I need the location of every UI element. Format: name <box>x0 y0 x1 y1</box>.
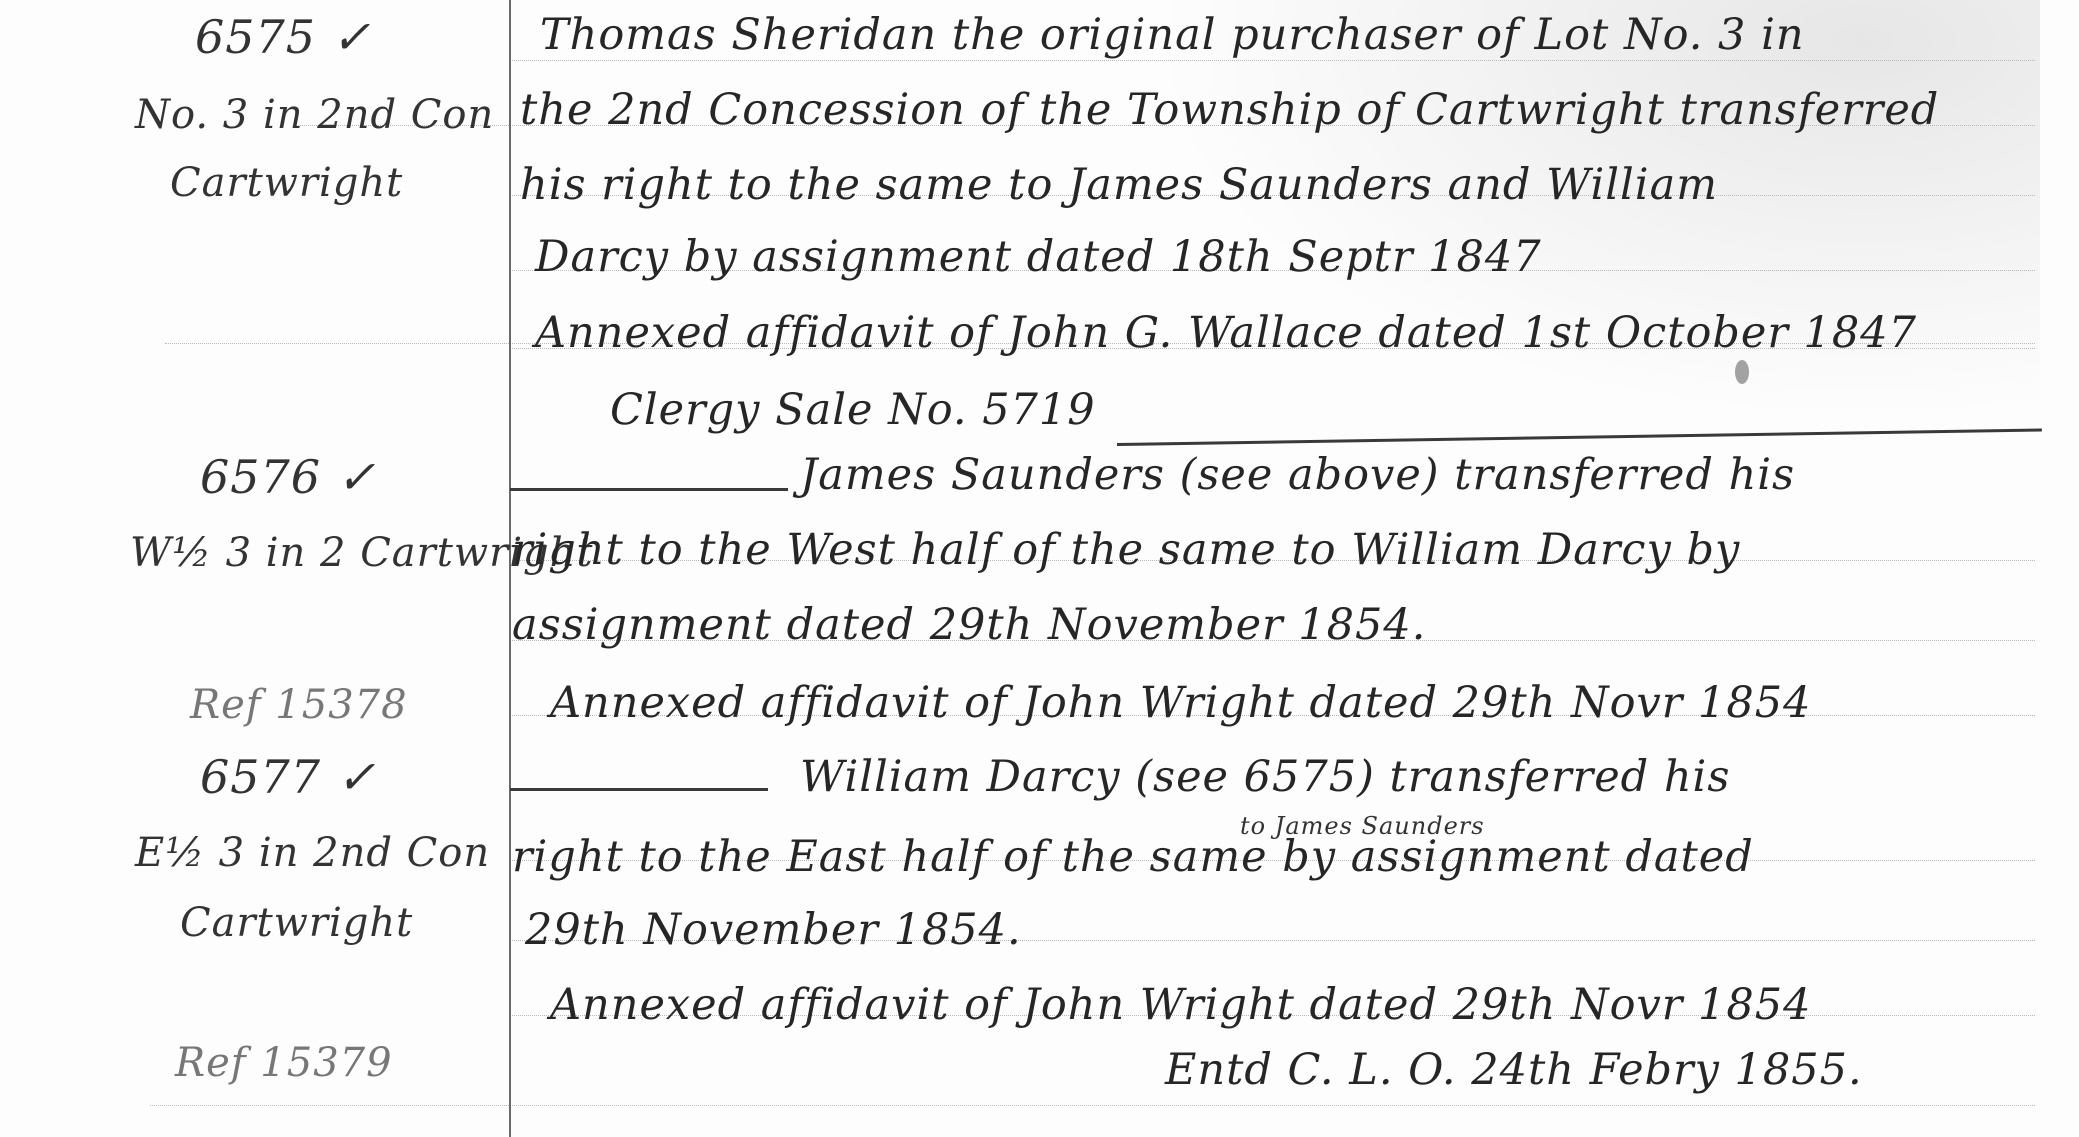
entry-line: the 2nd Concession of the Township of Ca… <box>520 85 1939 135</box>
entry-registration-line: Entd C. L. O. 24th Febry 1855. <box>1165 1045 1863 1095</box>
entry-number: 6575 ✓ <box>195 10 371 64</box>
ruled-line <box>510 60 2035 61</box>
entry-line: Annexed affidavit of John Wright dated 2… <box>550 980 1811 1030</box>
check-mark: ✓ <box>337 750 377 804</box>
entry-line: his right to the same to James Saunders … <box>520 160 1718 210</box>
entry-township: Cartwright <box>180 900 413 946</box>
check-mark: ✓ <box>337 450 377 504</box>
entry-reference: Ref 15378 <box>190 682 408 728</box>
entry-number: 6577 ✓ <box>200 750 376 804</box>
ink-smudge <box>1735 360 1749 384</box>
ruled-line <box>150 1105 2035 1106</box>
entry-line: Darcy by assignment dated 18th Septr 184… <box>535 232 1542 282</box>
entry-lead-dash <box>510 788 768 791</box>
entry-number-text: 6575 <box>195 10 316 64</box>
entry-township: Cartwright <box>170 160 403 206</box>
entry-line: James Saunders (see above) transferred h… <box>800 450 1795 500</box>
entry-location: No. 3 in 2nd Con <box>135 92 494 138</box>
entry-line: William Darcy (see 6575) transferred his <box>800 752 1730 802</box>
entry-line: 29th November 1854. <box>525 905 1022 955</box>
entry-line: Annexed affidavit of John Wright dated 2… <box>550 678 1811 728</box>
ledger-page: 6575 ✓ No. 3 in 2nd Con Cartwright Thoma… <box>0 0 2079 1137</box>
entry-line: right to the West half of the same to Wi… <box>512 525 1740 575</box>
entry-line: assignment dated 29th November 1854. <box>512 600 1426 650</box>
entry-line: right to the East half of the same by as… <box>512 832 1754 882</box>
clergy-sale-line: Clergy Sale No. 5719 <box>610 385 1096 435</box>
entry-location: E½ 3 in 2nd Con <box>135 830 490 876</box>
entry-reference: Ref 15379 <box>175 1040 393 1086</box>
entry-number: 6576 ✓ <box>200 450 376 504</box>
entry-number-text: 6576 <box>200 450 321 504</box>
entry-number-text: 6577 <box>200 750 321 804</box>
entry-end-rule <box>1117 428 2042 446</box>
check-mark: ✓ <box>332 10 372 64</box>
entry-line: Annexed affidavit of John G. Wallace dat… <box>535 308 1917 358</box>
entry-line: Thomas Sheridan the original purchaser o… <box>540 10 1805 60</box>
entry-lead-dash <box>510 488 788 491</box>
